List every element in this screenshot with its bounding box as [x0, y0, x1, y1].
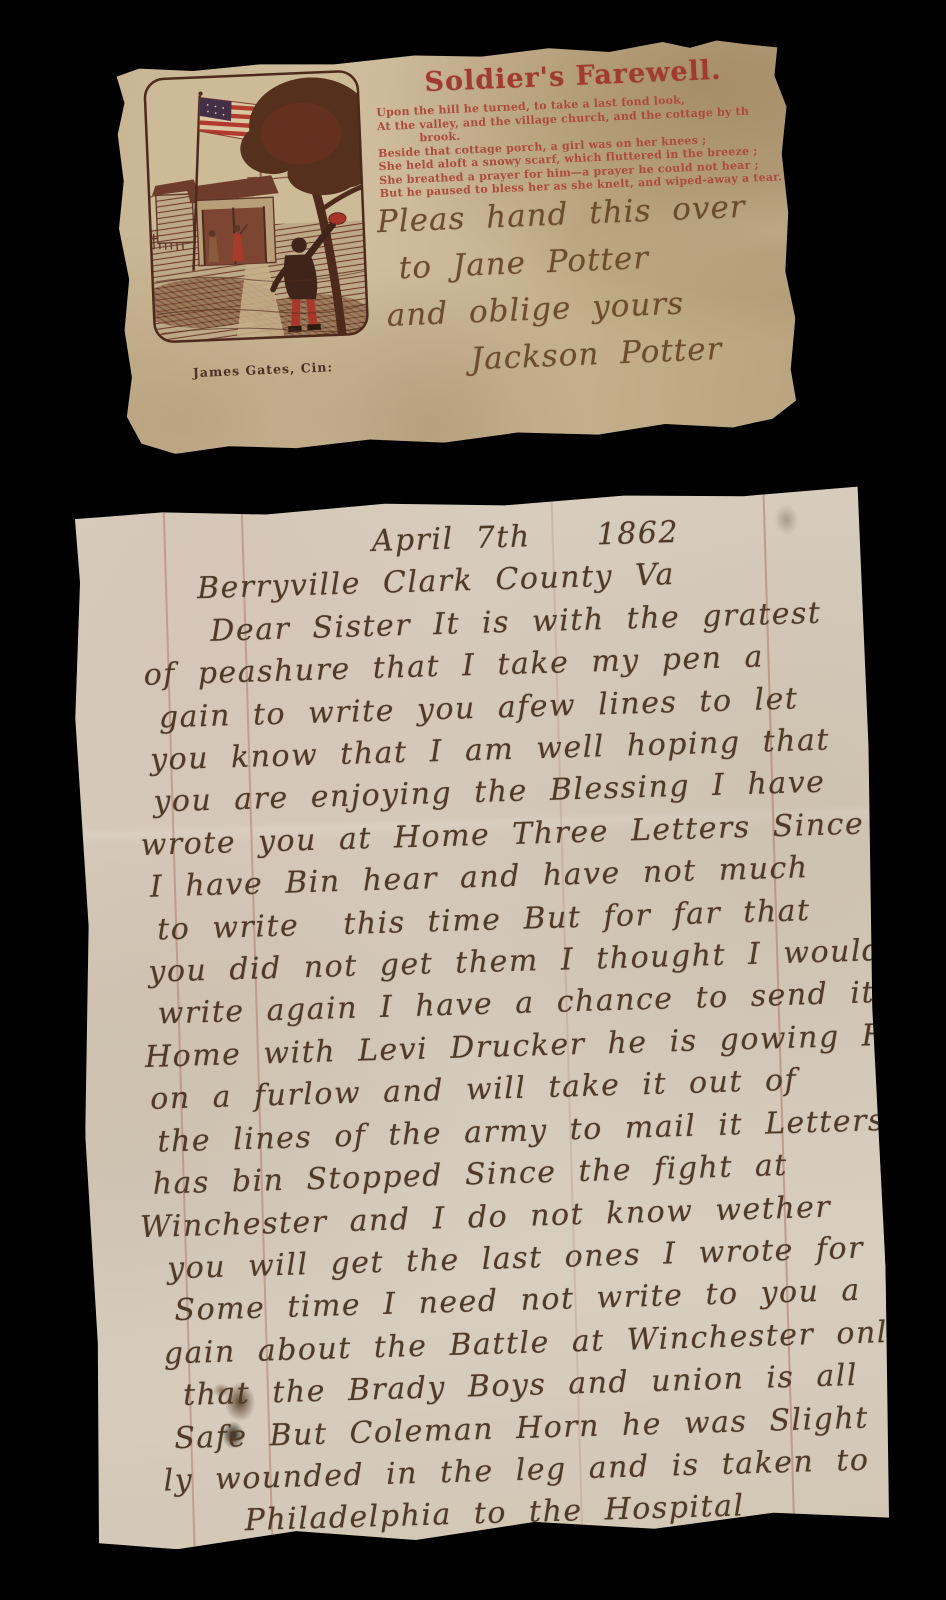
photo-background: James Gates, Cin: Soldier's Farewell. Up…	[0, 0, 946, 1600]
envelope: James Gates, Cin: Soldier's Farewell. Up…	[112, 36, 800, 456]
envelope-handwritten-note: Pleas hand this over to Jane Potter and …	[368, 182, 796, 387]
farewell-illustration: James Gates, Cin:	[132, 64, 381, 383]
letter-body: April 7th 1862 Berryville Clark County V…	[103, 507, 873, 1546]
envelope-print-block: Soldier's Farewell. Upon the hill he tur…	[371, 53, 780, 201]
letter-page: April 7th 1862 Berryville Clark County V…	[67, 486, 894, 1551]
woodcut-scene-graphic	[132, 64, 380, 362]
illustration-caption: James Gates, Cin:	[145, 357, 381, 382]
